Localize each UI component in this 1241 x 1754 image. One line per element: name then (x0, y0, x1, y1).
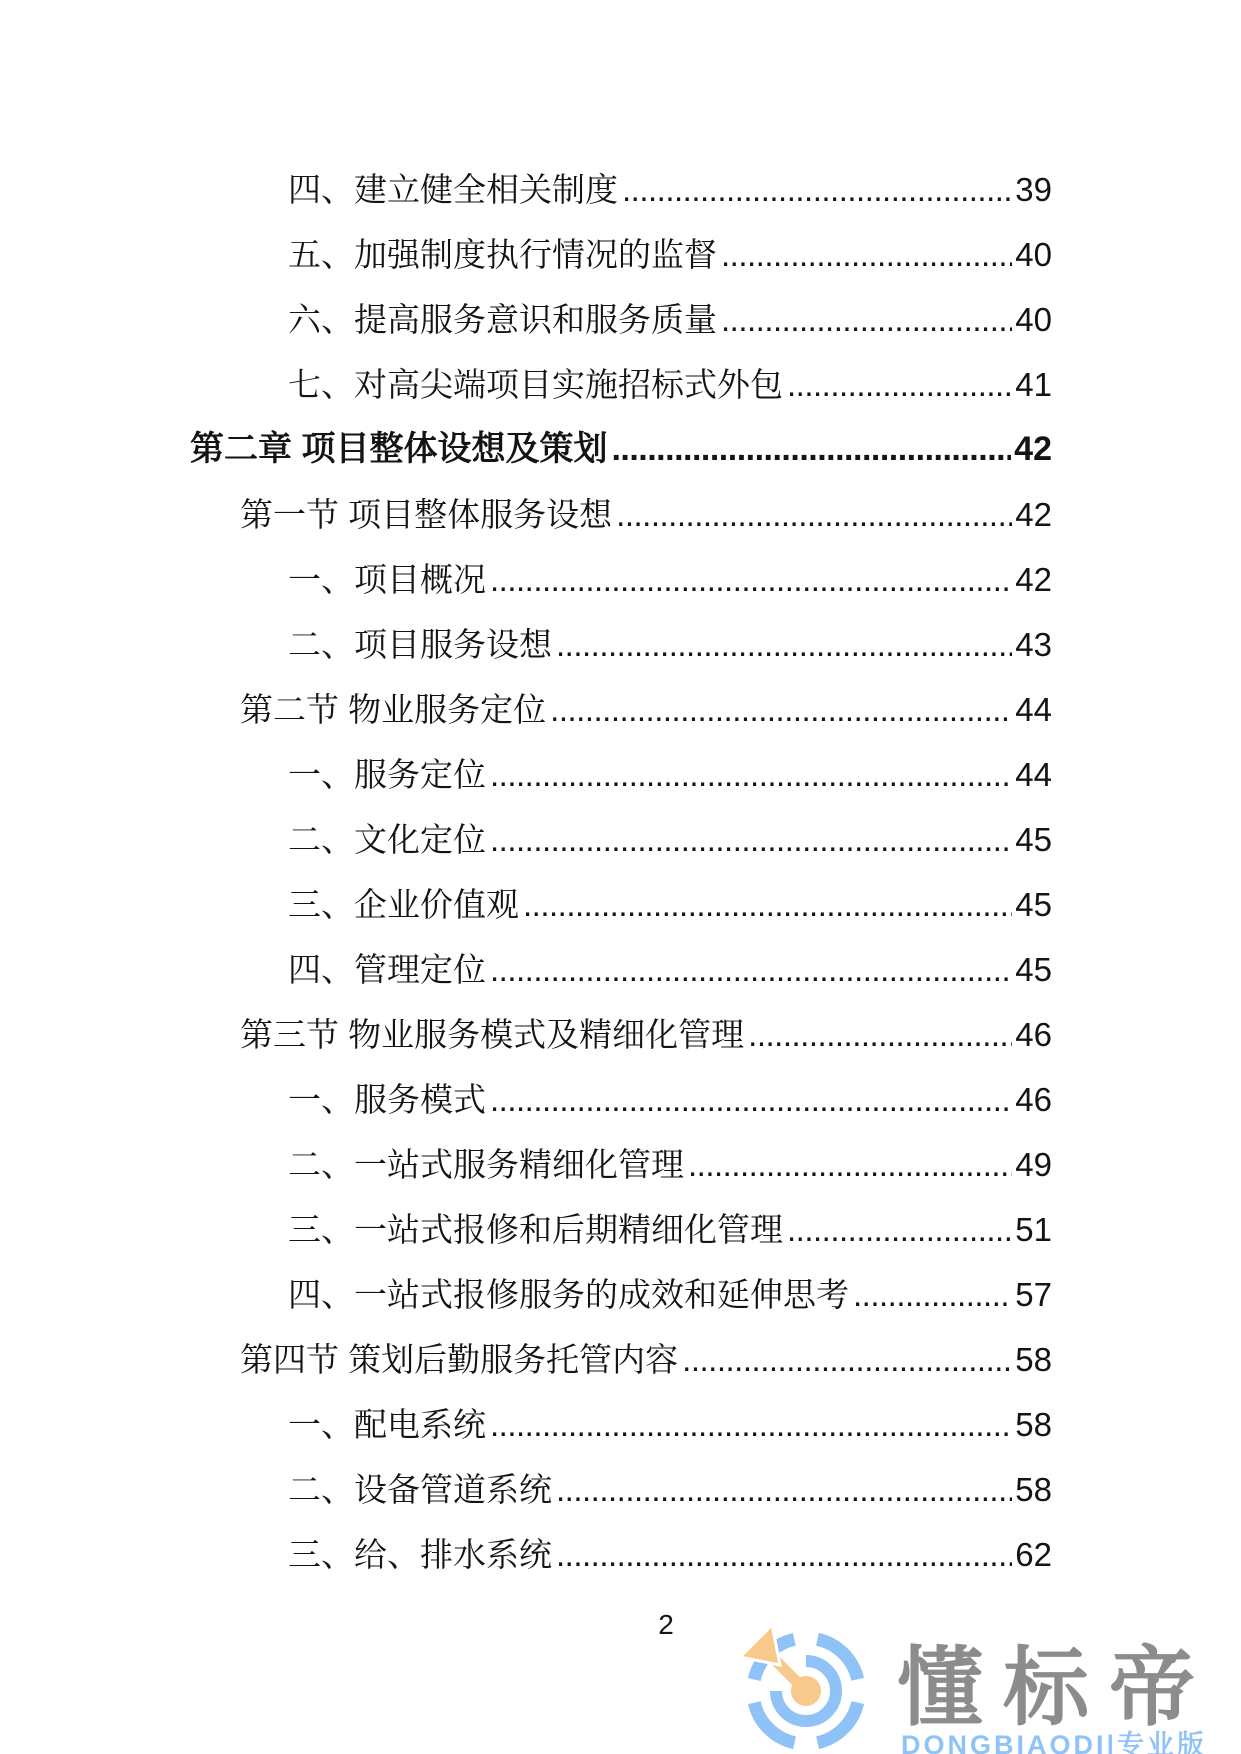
toc-entry-title: 四、建立健全相关制度 (288, 157, 618, 222)
toc-leader-dots (748, 1002, 1012, 1067)
toc-entry-title: 七、对高尖端项目实施招标式外包 (288, 352, 783, 417)
toc-leader-dots (490, 547, 1012, 612)
toc-entry-page: 51 (1015, 1197, 1052, 1262)
toc-entry-page: 46 (1015, 1067, 1052, 1132)
toc-row[interactable]: 一、项目概况 42 (190, 547, 1052, 612)
toc-row[interactable]: 一、配电系统 58 (190, 1392, 1052, 1457)
toc-entry-page: 62 (1015, 1522, 1052, 1587)
toc-row[interactable]: 二、文化定位 45 (190, 807, 1052, 872)
toc-leader-dots (550, 677, 1012, 742)
toc-entry-title: 二、项目服务设想 (288, 612, 552, 677)
toc-entry-title: 第一节 项目整体服务设想 (240, 482, 612, 547)
toc-entry-title: 三、一站式报修和后期精细化管理 (288, 1197, 783, 1262)
toc-entry-page: 43 (1015, 612, 1052, 677)
toc-entry-page: 40 (1015, 222, 1052, 287)
toc-leader-dots (787, 352, 1012, 417)
toc-leader-dots (490, 742, 1012, 807)
toc-entry-title: 第二节 物业服务定位 (240, 677, 546, 742)
toc-entry-title: 二、一站式服务精细化管理 (288, 1132, 684, 1197)
toc-row[interactable]: 四、管理定位 45 (190, 937, 1052, 1002)
toc-entry-page: 42 (1014, 417, 1052, 482)
toc-leader-dots (721, 222, 1012, 287)
toc-entry-title: 三、给、排水系统 (288, 1522, 552, 1587)
dartboard-target-icon (739, 1624, 873, 1754)
toc-leader-dots (787, 1197, 1012, 1262)
toc-leader-dots (556, 1457, 1012, 1522)
toc-list: 四、建立健全相关制度 39 五、加强制度执行情况的监督 40 六、提高服务意识和… (190, 157, 1052, 1587)
toc-leader-dots (622, 157, 1012, 222)
toc-entry-page: 45 (1015, 872, 1052, 937)
toc-leader-dots (616, 482, 1012, 547)
toc-row[interactable]: 七、对高尖端项目实施招标式外包 41 (190, 352, 1052, 417)
toc-entry-page: 58 (1015, 1392, 1052, 1457)
toc-row[interactable]: 三、企业价值观 45 (190, 872, 1052, 937)
toc-row[interactable]: 一、服务定位 44 (190, 742, 1052, 807)
toc-row[interactable]: 二、项目服务设想 43 (190, 612, 1052, 677)
toc-leader-dots (556, 1522, 1012, 1587)
toc-row[interactable]: 第二章 项目整体设想及策划 42 (190, 417, 1052, 482)
toc-entry-page: 49 (1015, 1132, 1052, 1197)
toc-entry-page: 45 (1015, 807, 1052, 872)
toc-entry-page: 58 (1015, 1457, 1052, 1522)
toc-entry-page: 58 (1015, 1327, 1052, 1392)
toc-entry-page: 41 (1015, 352, 1052, 417)
toc-entry-page: 42 (1015, 482, 1052, 547)
toc-row[interactable]: 第一节 项目整体服务设想 42 (190, 482, 1052, 547)
toc-entry-title: 六、提高服务意识和服务质量 (288, 287, 717, 352)
toc-entry-page: 57 (1015, 1262, 1052, 1327)
toc-row[interactable]: 四、一站式报修服务的成效和延伸思考 57 (190, 1262, 1052, 1327)
toc-row[interactable]: 第四节 策划后勤服务托管内容 58 (190, 1327, 1052, 1392)
toc-entry-title: 一、服务定位 (288, 742, 486, 807)
toc-leader-dots (611, 417, 1011, 482)
toc-entry-title: 二、设备管道系统 (288, 1457, 552, 1522)
toc-entry-page: 42 (1015, 547, 1052, 612)
toc-leader-dots (556, 612, 1012, 677)
toc-entry-title: 一、配电系统 (288, 1392, 486, 1457)
toc-entry-title: 第四节 策划后勤服务托管内容 (240, 1327, 678, 1392)
page-number-footer: 2 (658, 1610, 674, 1641)
toc-row[interactable]: 二、设备管道系统 58 (190, 1457, 1052, 1522)
toc-row[interactable]: 一、服务模式 46 (190, 1067, 1052, 1132)
toc-leader-dots (490, 937, 1012, 1002)
toc-row[interactable]: 三、给、排水系统 62 (190, 1522, 1052, 1587)
toc-entry-page: 39 (1015, 157, 1052, 222)
toc-leader-dots (523, 872, 1012, 937)
toc-entry-title: 三、企业价值观 (288, 872, 519, 937)
toc-entry-title: 四、管理定位 (288, 937, 486, 1002)
toc-entry-title: 第二章 项目整体设想及策划 (190, 417, 607, 482)
toc-entry-page: 45 (1015, 937, 1052, 1002)
toc-entry-title: 二、文化定位 (288, 807, 486, 872)
toc-row[interactable]: 四、建立健全相关制度 39 (190, 157, 1052, 222)
toc-row[interactable]: 第二节 物业服务定位 44 (190, 677, 1052, 742)
toc-entry-title: 第三节 物业服务模式及精细化管理 (240, 1002, 744, 1067)
toc-row[interactable]: 第三节 物业服务模式及精细化管理 46 (190, 1002, 1052, 1067)
watermark-brand-text: 懂标帝 (897, 1645, 1215, 1731)
toc-entry-title: 四、一站式报修服务的成效和延伸思考 (288, 1262, 849, 1327)
toc-leader-dots (490, 1067, 1012, 1132)
toc-leader-dots (682, 1327, 1012, 1392)
toc-row[interactable]: 五、加强制度执行情况的监督 40 (190, 222, 1052, 287)
toc-entry-page: 46 (1015, 1002, 1052, 1067)
toc-entry-title: 一、项目概况 (288, 547, 486, 612)
toc-leader-dots (490, 1392, 1012, 1457)
toc-leader-dots (721, 287, 1012, 352)
toc-entry-page: 44 (1015, 742, 1052, 807)
toc-entry-title: 五、加强制度执行情况的监督 (288, 222, 717, 287)
toc-entry-page: 44 (1015, 677, 1052, 742)
toc-row[interactable]: 三、一站式报修和后期精细化管理 51 (190, 1197, 1052, 1262)
toc-leader-dots (853, 1262, 1012, 1327)
toc-entry-page: 40 (1015, 287, 1052, 352)
toc-leader-dots (688, 1132, 1012, 1197)
toc-row[interactable]: 六、提高服务意识和服务质量 40 (190, 287, 1052, 352)
toc-leader-dots (490, 807, 1012, 872)
toc-row[interactable]: 二、一站式服务精细化管理 49 (190, 1132, 1052, 1197)
document-page: 四、建立健全相关制度 39 五、加强制度执行情况的监督 40 六、提高服务意识和… (0, 0, 1241, 1754)
watermark-brand-subtext: DONGBIAODI|专业版 (901, 1732, 1207, 1754)
toc-entry-title: 一、服务模式 (288, 1067, 486, 1132)
